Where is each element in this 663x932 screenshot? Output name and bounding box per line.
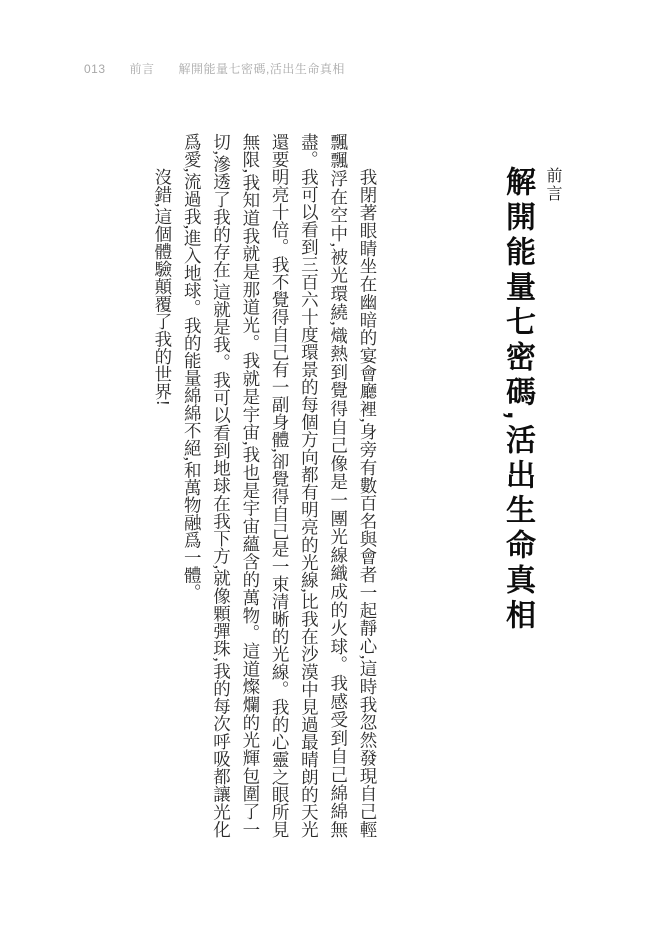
chapter-title: 解開能量七密碼,活出生命真相 [499, 166, 536, 634]
header-book-title: 解開能量七密碼,活出生命真相 [179, 60, 345, 77]
body-text: 我閉著眼睛坐在幽暗的宴會廳裡,身旁有數百名與會者一起靜心,這時我忽然發現自己輕飄… [147, 133, 382, 838]
section-label: 前言 [543, 167, 561, 203]
running-header: 013 前言 解開能量七密碼,活出生命真相 [84, 60, 345, 77]
page-number: 013 [84, 62, 106, 76]
book-page: 013 前言 解開能量七密碼,活出生命真相 前言 解開能量七密碼,活出生命真相 … [0, 0, 663, 932]
paragraph-1: 我閉著眼睛坐在幽暗的宴會廳裡,身旁有數百名與會者一起靜心,這時我忽然發現自己輕飄… [177, 133, 382, 838]
header-section-label: 前言 [130, 60, 155, 77]
paragraph-2: 沒錯,這個體驗顛覆了我的世界! [148, 133, 177, 838]
